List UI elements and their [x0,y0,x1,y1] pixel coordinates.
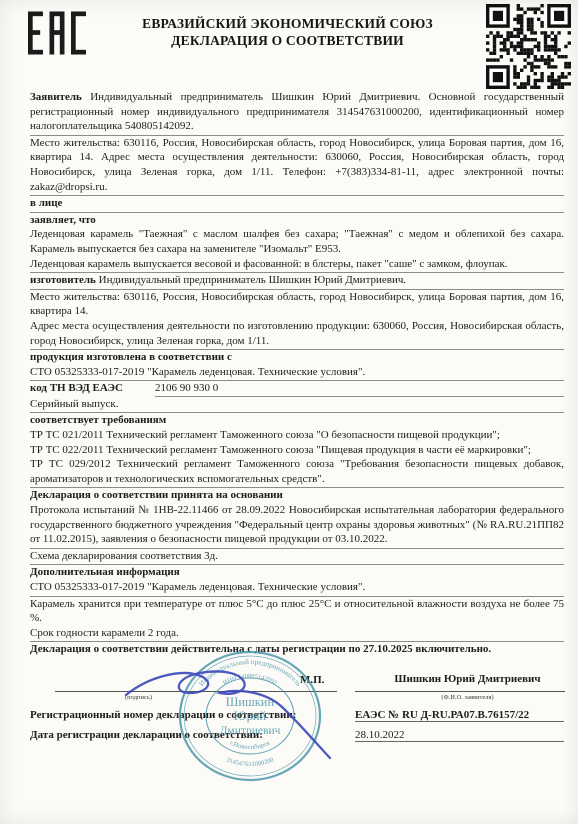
applicant-label: Заявитель [30,91,82,103]
requirement-item: ТР ТС 029/2012 Технический регламент Там… [30,457,564,488]
seal-place-label: М.П. [300,674,324,686]
additional-sto: СТО 05325333-017-2019 "Карамель леденцов… [30,580,564,597]
applicant-fullname: Шишкин Юрий Дмитриевич [370,673,565,685]
product-description: Леденцовая карамель "Таежная" с маслом ш… [30,227,564,256]
document-title: ЕВРАЗИЙСКИЙ ЭКОНОМИЧЕСКИЙ СОЮЗ ДЕКЛАРАЦИ… [105,15,470,49]
eac-logo-icon [28,9,86,57]
sto-reference: СТО 05325333-017-2019 "Карамель леденцов… [30,365,564,382]
applicant-residence: Место жительства: 630116, Россия, Новоси… [30,136,564,196]
storage-conditions: Карамель хранится при температуре от плю… [30,597,564,626]
stamp-bottom-outer-text: 314547631000200 [225,756,275,768]
requirement-item: ТР ТС 022/2011 Технический регламент Там… [30,443,564,458]
applicant-paragraph: Заявитель Индивидуальный предприниматель… [30,90,564,136]
manufacturer-address: Адрес места осуществления деятельности п… [30,319,564,350]
signature-line [55,691,337,692]
svg-text:314547631000200: 314547631000200 [225,756,275,768]
stamp-top-outer-text: Индивидуальный предприниматель [197,658,303,689]
basis-text: Протокола испытаний № 1НВ-22.11466 от 28… [30,503,564,549]
serial-issue: Серийный выпуск. [30,397,564,414]
tn-ved-row: код ТН ВЭД ЕАЭС 2106 90 930 0 [30,381,564,397]
stamp-top-inner-text: ИНН 540805142092 [222,673,278,687]
manufacturer-residence: Место жительства: 630116, Россия, Новоси… [30,290,564,319]
registration-number-row: Регистрационный номер декларации о соотв… [30,709,564,722]
title-line-2: ДЕКЛАРАЦИЯ О СООТВЕТСТВИИ [105,32,470,49]
fullname-caption: (Ф.И.О. заявителя) [370,694,565,701]
registration-number-value: ЕАЭС № RU Д-RU.РА07.В.76157/22 [355,709,564,722]
registration-date-value: 28.10.2022 [355,729,564,742]
declares-label: заявляет, что [30,213,564,228]
svg-text:Индивидуальный предприниматель: Индивидуальный предприниматель [197,658,303,689]
manufacturer-label: изготовитель [30,274,96,286]
registration-number-label: Регистрационный номер декларации о соотв… [30,709,330,722]
document-header: ЕВРАЗИЙСКИЙ ЭКОНОМИЧЕСКИЙ СОЮЗ ДЕКЛАРАЦИ… [0,0,578,88]
registration-date-label: Дата регистрации декларации о соответств… [30,729,330,742]
shelf-life: Срок годности карамели 2 года. [30,626,564,643]
additional-info-label: Дополнительная информация [30,565,564,580]
applicant-text: Индивидуальный предприниматель Шишкин Юр… [30,91,564,132]
registration-date-row: Дата регистрации декларации о соответств… [30,729,564,742]
qr-code-icon [486,4,571,89]
in-person-label: в лице [30,196,564,213]
manufacturer-paragraph: изготовитель Индивидуальный предпринимат… [30,273,564,290]
document-body: Заявитель Индивидуальный предприниматель… [0,88,578,657]
requirements-label: соответствует требованиям [30,413,564,428]
scheme-text: Схема декларирования соответствия 3д. [30,549,564,566]
fullname-line [355,691,565,692]
signature-caption: (подпись) [125,694,152,701]
stamp-center-line1: Шишкин [226,695,275,709]
manufacturer-text: Индивидуальный предприниматель Шишкин Юр… [99,274,407,286]
tn-ved-code: 2106 90 930 0 [155,381,564,397]
declaration-document: ЕВРАЗИЙСКИЙ ЭКОНОМИЧЕСКИЙ СОЮЗ ДЕКЛАРАЦИ… [0,0,578,824]
basis-label: Декларация о соответствии принята на осн… [30,488,564,503]
validity-statement: Декларация о соответствии действительна … [30,642,564,657]
svg-text:ИНН 540805142092: ИНН 540805142092 [222,673,278,687]
packaging-description: Леденцовая карамель выпускается весовой … [30,257,564,274]
title-line-1: ЕВРАЗИЙСКИЙ ЭКОНОМИЧЕСКИЙ СОЮЗ [105,15,470,32]
requirement-item: ТР ТС 021/2011 Технический регламент Там… [30,428,564,443]
made-in-accordance-label: продукция изготовлена в соответствии с [30,350,564,365]
signature-block: (подпись) М.П. Шишкин Юрий Дмитриевич (Ф… [30,661,564,753]
tn-ved-label: код ТН ВЭД ЕАЭС [30,381,155,397]
